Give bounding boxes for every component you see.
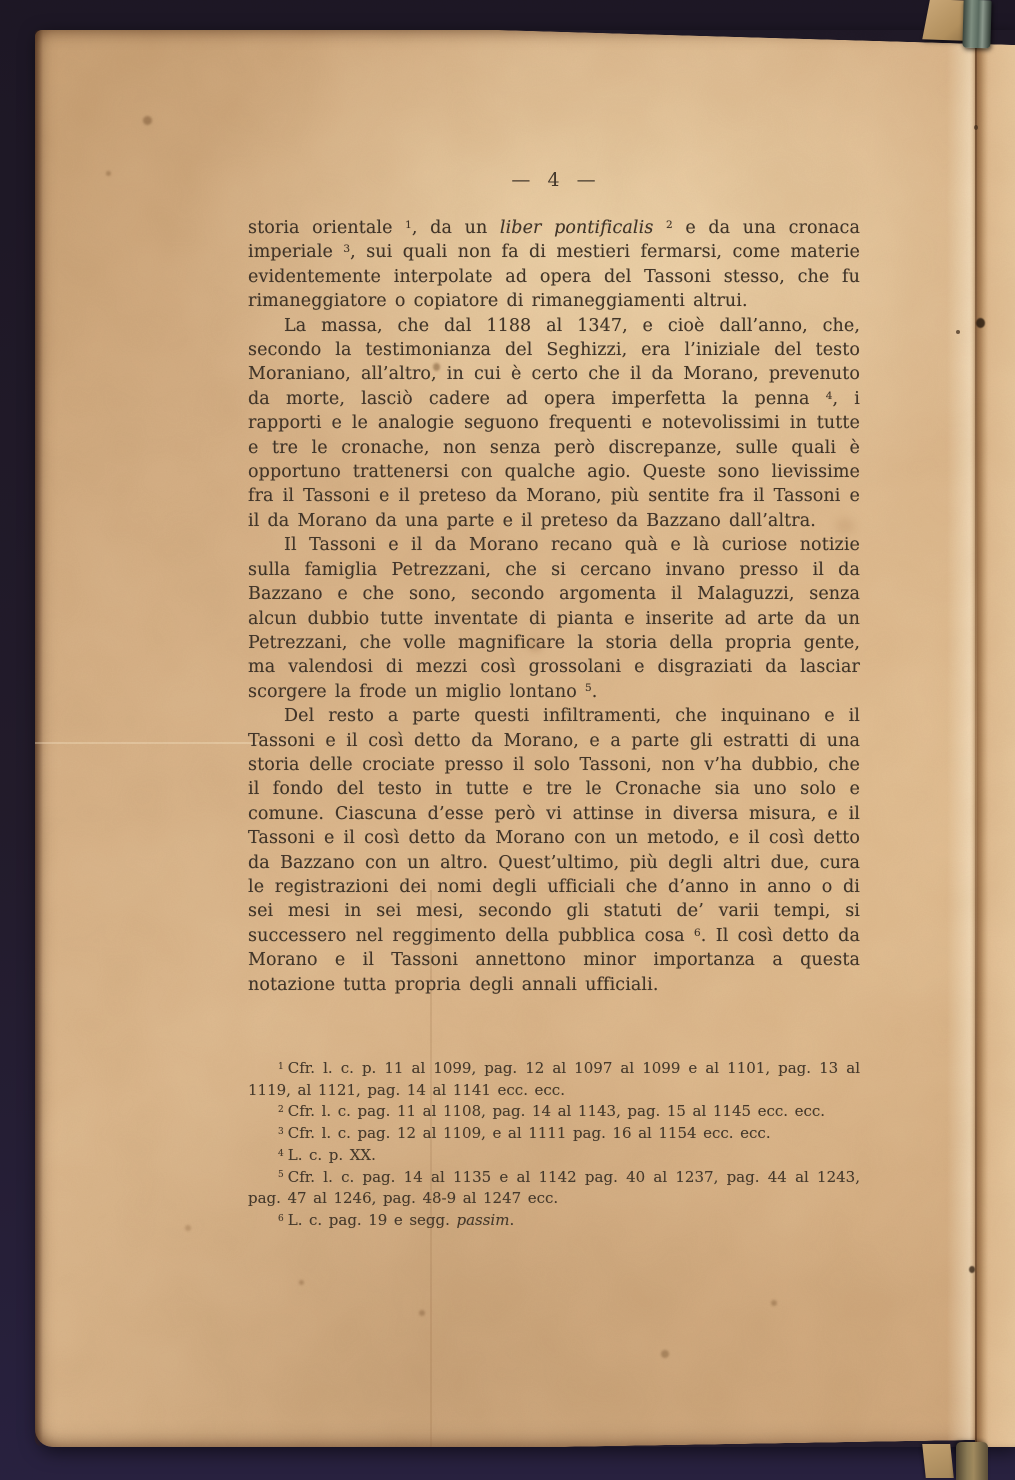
text-run: storia orientale <box>248 218 405 238</box>
scan-background: { "page": { "number_display": "— 4 —", "… <box>0 0 1015 1480</box>
text-run: . <box>592 682 598 702</box>
footnote-reference: 4 <box>826 390 833 402</box>
footnote-marker: 5 <box>278 1170 284 1180</box>
stain <box>419 1310 425 1316</box>
adjacent-page-edge <box>977 30 1015 1447</box>
text-run: La massa, che dal 1188 al 1347, e cioè d… <box>248 316 860 409</box>
footnote-reference: 6 <box>694 927 701 939</box>
paragraph: Il Tassoni e il da Morano recano quà e l… <box>248 533 860 704</box>
text-run: , da un <box>412 218 500 238</box>
footnote: 6L. c. pag. 19 e segg. passim. <box>248 1210 860 1232</box>
footnote: 5Cfr. l. c. pag. 14 al 1135 e al 1142 pa… <box>248 1167 860 1210</box>
text-run: , i rapporti e le analogie seguono frequ… <box>248 389 860 531</box>
stain <box>661 1350 669 1358</box>
body-text: storia orientale 1, da un liber pontific… <box>248 216 860 997</box>
footnote-reference: 1 <box>405 219 412 231</box>
page-bottom-edge-shadow <box>555 1440 975 1447</box>
stain <box>299 1280 304 1285</box>
page-number: — 4 — <box>248 169 860 191</box>
footnote: 1Cfr. l. c. p. 11 al 1099, pag. 12 al 10… <box>248 1058 860 1101</box>
footnote-reference: 5 <box>585 682 592 694</box>
book-page: — 4 — storia orientale 1, da un liber po… <box>35 30 1015 1447</box>
binding-post-bottom <box>956 1442 988 1480</box>
text-run: . <box>509 1211 514 1229</box>
stain <box>185 1225 191 1231</box>
footnote-reference: 3 <box>343 243 350 255</box>
footnote-marker: 4 <box>278 1149 284 1159</box>
text-run: Cfr. l. c. pag. 12 al 1109, e al 1111 pa… <box>288 1124 771 1142</box>
stain <box>106 171 111 176</box>
paragraph: Del resto a parte questi infiltramenti, … <box>248 704 860 997</box>
stain <box>143 116 152 125</box>
paragraph: La massa, che dal 1188 al 1347, e cioè d… <box>248 314 860 534</box>
text-run: Cfr. l. c. p. 11 al 1099, pag. 12 al 109… <box>248 1059 860 1099</box>
footnote-marker: 6 <box>278 1214 284 1224</box>
italic-text: passim <box>456 1211 509 1229</box>
footnote: 2Cfr. l. c. pag. 11 al 1108, pag. 14 al … <box>248 1101 860 1123</box>
text-run <box>653 218 666 238</box>
text-run: L. c. p. XX. <box>288 1146 376 1164</box>
footnotes: 1Cfr. l. c. p. 11 al 1099, pag. 12 al 10… <box>248 1058 860 1232</box>
italic-text: liber pontificalis <box>500 218 654 238</box>
footnote: 4L. c. p. XX. <box>248 1145 860 1167</box>
text-run: L. c. pag. 19 e segg. <box>288 1211 457 1229</box>
page-gutter <box>947 30 975 1447</box>
text-run: Il Tassoni e il da Morano recano quà e l… <box>248 535 860 701</box>
stain <box>771 1300 777 1306</box>
footnote-reference: 2 <box>666 219 673 231</box>
footnote: 3Cfr. l. c. pag. 12 al 1109, e al 1111 p… <box>248 1123 860 1145</box>
page-tab-bottom <box>922 1444 954 1478</box>
text-run: Del resto a parte questi infiltramenti, … <box>248 706 860 946</box>
page-edge-stack <box>35 30 43 1447</box>
binding-clip-top <box>962 0 991 48</box>
footnote-marker: 1 <box>278 1062 284 1072</box>
paragraph: storia orientale 1, da un liber pontific… <box>248 216 860 314</box>
text-run: Cfr. l. c. pag. 14 al 1135 e al 1142 pag… <box>248 1168 860 1208</box>
footnote-marker: 3 <box>278 1127 284 1137</box>
footnote-marker: 2 <box>278 1105 284 1115</box>
text-run: Cfr. l. c. pag. 11 al 1108, pag. 14 al 1… <box>288 1102 825 1120</box>
